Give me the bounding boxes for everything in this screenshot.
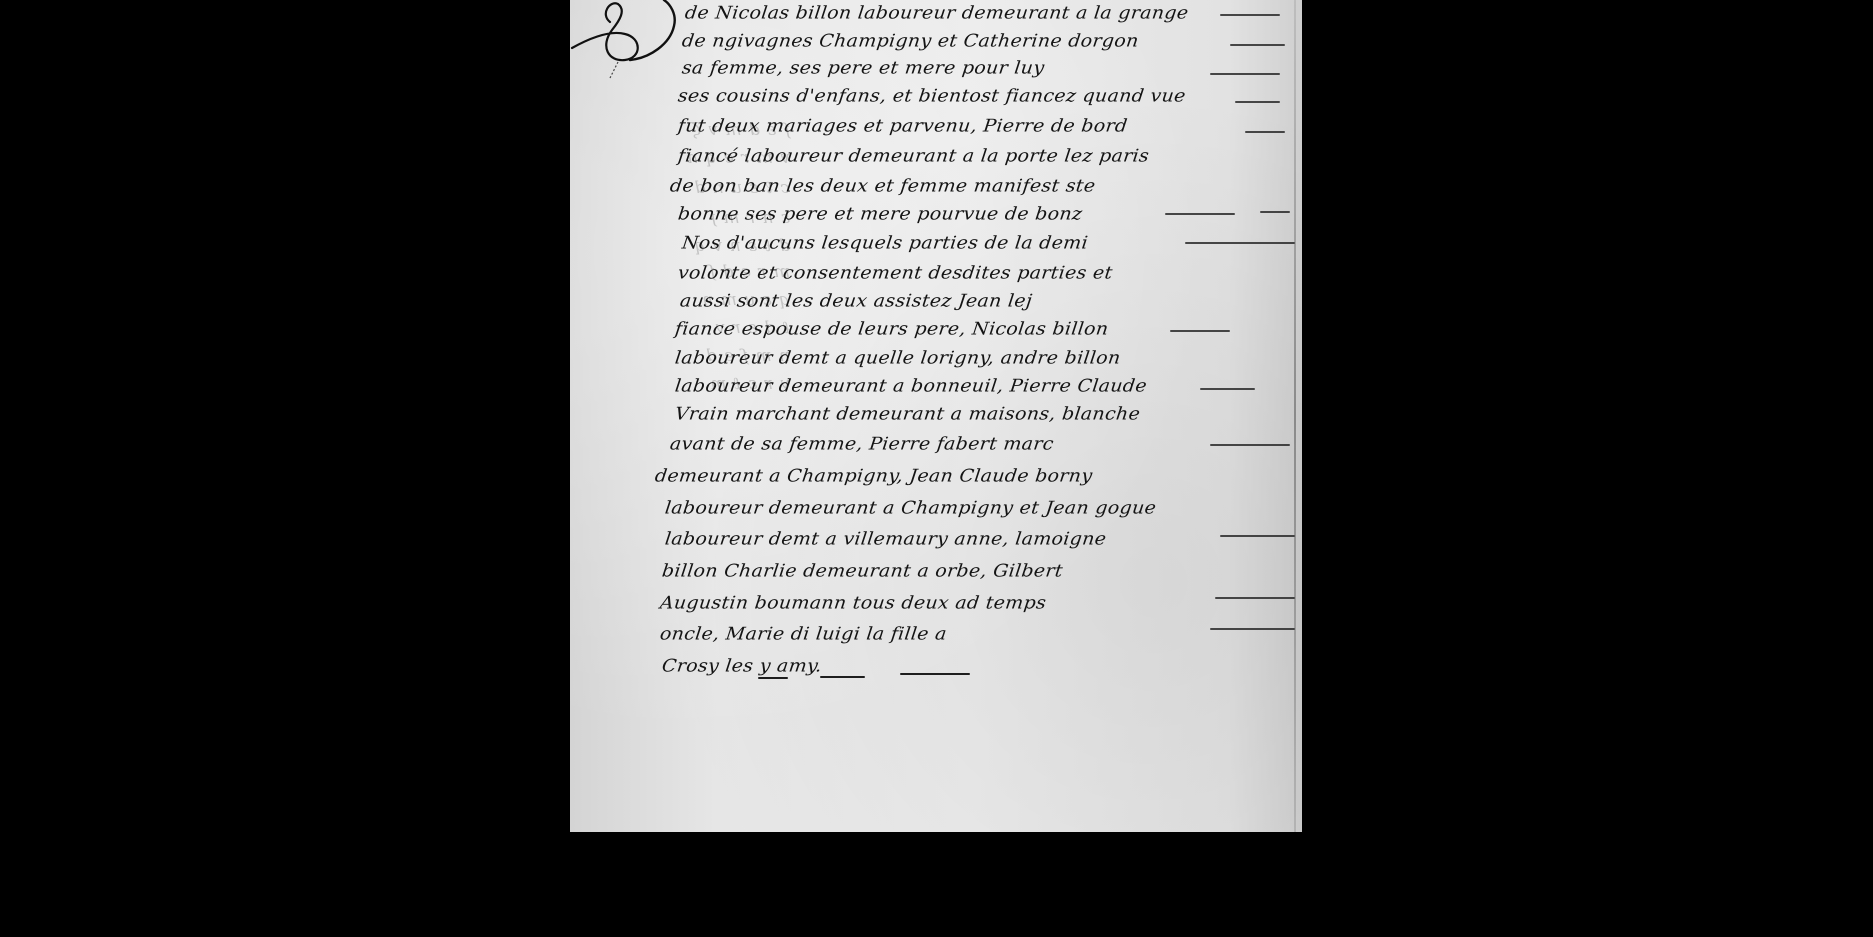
ghost-text-line: v m r e q n — [576, 148, 680, 168]
manuscript-line: fiancé laboureur demeurant a la porte le… — [677, 146, 1150, 166]
ghost-text-line: d ℓ ε n v q — [583, 236, 680, 256]
line-filler-stroke — [1220, 14, 1280, 16]
manuscript-line: laboureur demt a quelle lorigny, andre b… — [674, 348, 1122, 368]
manuscript-line: laboureur demeurant a Champigny et Jean … — [664, 498, 1157, 518]
ghost-text-line: m r e d ſ — [598, 262, 680, 282]
line-filler-stroke — [1260, 211, 1290, 213]
line-filler-stroke — [1245, 131, 1285, 133]
manuscript-line: Crosy les y amy. — [661, 656, 823, 676]
line-filler-stroke — [1220, 535, 1295, 537]
line-filler-stroke — [1215, 597, 1295, 599]
manuscript-line: de bon ban les deux et femme manifest st… — [669, 176, 1097, 196]
manuscript-line: billon Charlie demeurant a orbe, Gilbert — [661, 561, 1064, 581]
line-filler-stroke — [1200, 388, 1255, 390]
manuscript-line: Vrain marchant demeurant a maisons, blan… — [674, 404, 1141, 424]
line-filler-stroke — [1170, 330, 1230, 332]
line-filler-stroke — [1235, 101, 1280, 103]
end-dash-stroke — [820, 676, 865, 678]
ghost-text-line: ε n r m ſ — [599, 208, 680, 228]
manuscript-line: demeurant a Champigny, Jean Claude borny — [654, 466, 1094, 486]
manuscript-line: oncle, Marie di luigi la fille a — [659, 624, 948, 644]
manuscript-line: volonte et consentement desdites parties… — [677, 263, 1114, 283]
ghost-text-line: n m ſ e d — [595, 346, 680, 366]
manuscript-page: ſ ε d m v ζv m r e q nc ℓ ε u n dε n r m… — [570, 0, 1302, 832]
ghost-text-line: ſ ε d m v ζ — [581, 120, 680, 140]
manuscript-line: bonne ses pere et mere pourvue de bonz — [677, 204, 1084, 224]
manuscript-line: aussi sont les deux assistez Jean lej — [679, 291, 1033, 311]
manuscript-line: de ngivagnes Champigny et Catherine dorg… — [681, 31, 1140, 51]
manuscript-line: Augustin boumann tous deux ad temps — [659, 593, 1047, 613]
manuscript-line: avant de sa femme, Pierre fabert marc — [669, 434, 1055, 454]
image-viewer: ſ ε d m v ζv m r e q nc ℓ ε u n dε n r m… — [0, 0, 1873, 937]
ghost-text-line: v r ε ℓ m — [599, 374, 680, 394]
manuscript-line: sa femme, ses pere et mere pour luy — [681, 58, 1046, 78]
manuscript-line: de Nicolas billon laboureur demeurant a … — [684, 3, 1190, 23]
end-dash-stroke — [758, 677, 788, 679]
margin-flourish-icon — [570, 0, 680, 80]
manuscript-line: ses cousins d'enfans, et bientost fiance… — [677, 86, 1187, 106]
ghost-text-line: ℓ d ε r v — [605, 318, 680, 338]
ghost-text-line: q ε u m n — [591, 290, 680, 310]
manuscript-line: fiance espouse de leurs pere, Nicolas bi… — [674, 319, 1110, 339]
manuscript-line: laboureur demt a villemaury anne, lamoig… — [664, 529, 1108, 549]
line-filler-stroke — [1230, 44, 1285, 46]
line-filler-stroke — [1210, 444, 1290, 446]
line-filler-stroke — [1185, 242, 1295, 244]
manuscript-line: laboureur demeurant a bonneuil, Pierre C… — [674, 376, 1148, 396]
line-filler-stroke — [1210, 628, 1295, 630]
line-filler-stroke — [1210, 73, 1280, 75]
end-dash-stroke — [900, 673, 970, 675]
manuscript-line: fut deux mariages et parvenu, Pierre de … — [677, 116, 1129, 136]
manuscript-line: Nos d'aucuns lesquels parties de la demi — [681, 233, 1089, 253]
line-filler-stroke — [1165, 213, 1235, 215]
ghost-text-line: c ℓ ε u n d — [583, 178, 680, 198]
